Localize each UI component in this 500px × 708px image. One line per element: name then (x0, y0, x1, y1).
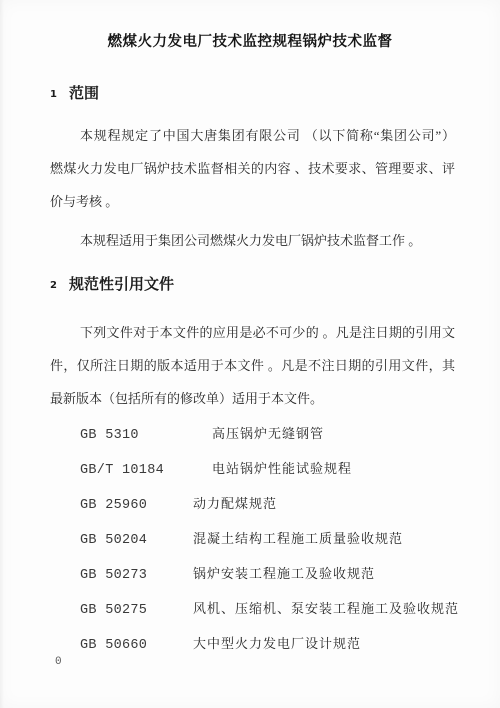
reference-row: GB/T 10184电站锅炉性能试验规程 (50, 451, 455, 486)
scope-paragraph-1: 本规程规定了中国大唐集团有限公司 （以下简称“集团公司”） 燃煤火力发电厂锅炉技… (50, 119, 455, 218)
standard-code: GB/T 10184 (80, 453, 193, 488)
reference-row: GB 5310高压锅炉无缝钢管 (50, 416, 455, 451)
text-line: 最新版本（包括所有的修改单）适用于本文件。 (50, 382, 455, 415)
document-page: 燃煤火力发电厂技术监控规程锅炉技术监督 1范围 本规程规定了中国大唐集团有限公司… (0, 0, 500, 708)
reference-row: GB 50204混凝土结构工程施工质量验收规范 (50, 521, 455, 556)
standard-title: 高压锅炉无缝钢管 (212, 426, 324, 441)
reference-row: GB 50275风机、压缩机、泵安装工程施工及验收规范 (50, 591, 455, 626)
reference-row: GB 50273锅炉安装工程施工及验收规范 (50, 556, 455, 591)
text-line: 价与考核 。 (50, 185, 455, 218)
standard-title: 混凝土结构工程施工质量验收规范 (193, 531, 403, 546)
standard-code: GB 50660 (80, 628, 193, 663)
text-line: 本规程规定了中国大唐集团有限公司 （以下简称“集团公司”） (50, 119, 455, 152)
standard-title: 动力配煤规范 (193, 496, 277, 511)
standard-code: GB 50275 (80, 593, 193, 628)
standard-title: 电站锅炉性能试验规程 (212, 461, 352, 476)
reference-row: GB 25960动力配煤规范 (50, 486, 455, 521)
section-1-heading: 1范围 (50, 83, 99, 106)
text-line: 件，仅所注日期的版本适用于本文件 。凡是不注日期的引用文件，其 (50, 349, 455, 382)
standard-code: GB 5310 (80, 418, 193, 453)
text-line: 本规程适用于集团公司燃煤火力发电厂锅炉技术监督工作 。 (50, 224, 455, 257)
standard-title: 锅炉安装工程施工及验收规范 (193, 566, 375, 581)
standard-code: GB 25960 (80, 488, 193, 523)
standard-code: GB 50204 (80, 523, 193, 558)
text-line: 下列文件对于本文件的应用是必不可少的 。凡是注日期的引用文 (50, 316, 455, 349)
document-title: 燃煤火力发电厂技术监控规程锅炉技术监督 (0, 30, 500, 51)
normative-references-list: GB 5310高压锅炉无缝钢管 GB/T 10184电站锅炉性能试验规程 GB … (50, 416, 455, 661)
scan-edge-artifact (0, 0, 4, 708)
section-2-title: 规范性引用文件 (69, 275, 174, 293)
section-1-title: 范围 (69, 84, 99, 102)
text-line: 燃煤火力发电厂锅炉技术监督相关的内容 、技术要求、管理要求、评 (50, 152, 455, 185)
scope-paragraph-2: 本规程适用于集团公司燃煤火力发电厂锅炉技术监督工作 。 (50, 224, 455, 257)
standard-title: 大中型火力发电厂设计规范 (193, 636, 361, 651)
page-number: 0 (55, 656, 62, 668)
standard-code: GB 50273 (80, 558, 193, 593)
section-2-number: 2 (50, 276, 57, 296)
reference-row: GB 50660大中型火力发电厂设计规范 (50, 626, 455, 661)
section-2-heading: 2规范性引用文件 (50, 274, 174, 297)
section-1-number: 1 (50, 85, 57, 105)
references-intro-paragraph: 下列文件对于本文件的应用是必不可少的 。凡是注日期的引用文 件，仅所注日期的版本… (50, 316, 455, 415)
standard-title: 风机、压缩机、泵安装工程施工及验收规范 (193, 601, 459, 616)
